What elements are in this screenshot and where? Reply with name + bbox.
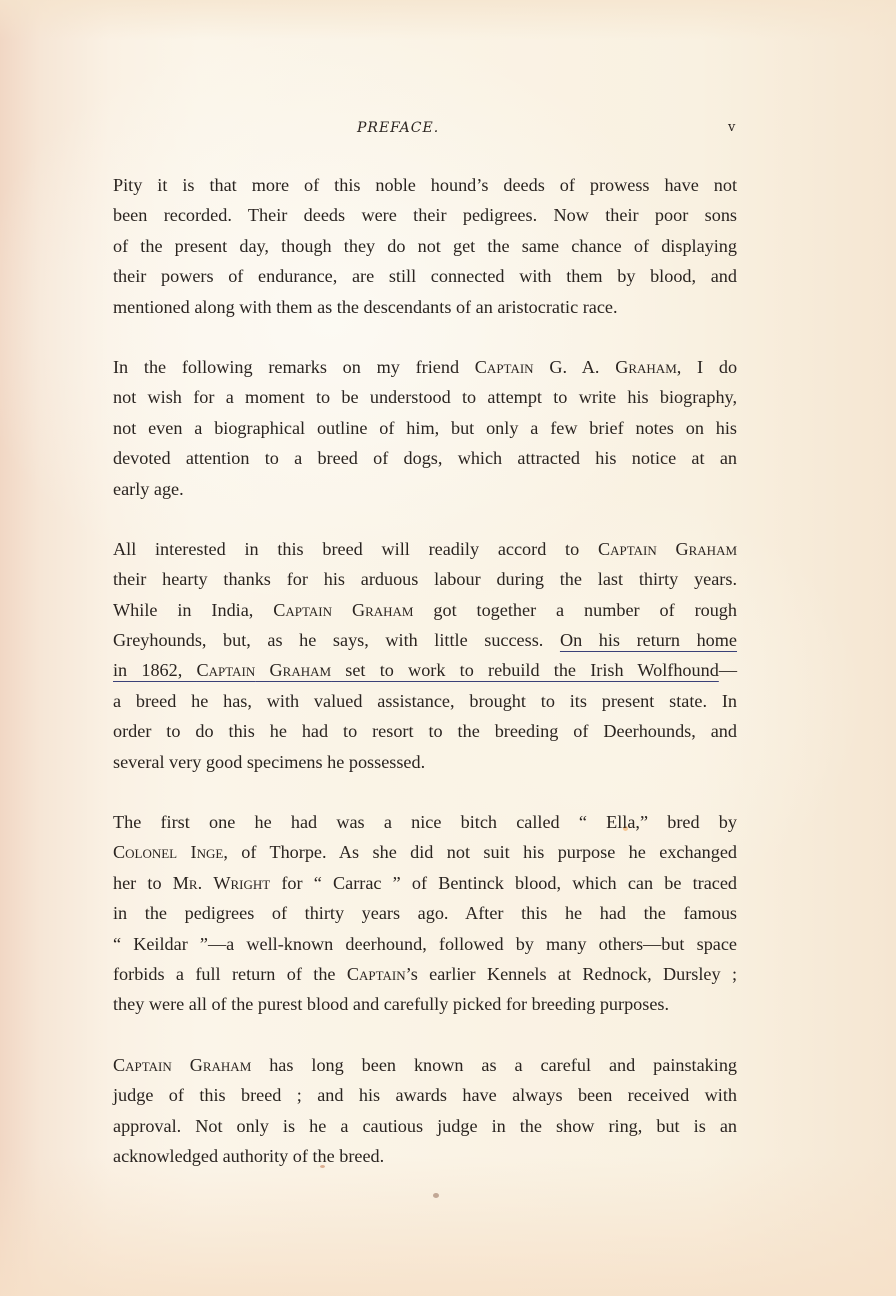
- text-line: approval. Not only is he a cautious judg…: [73, 1111, 737, 1141]
- text-line: a breed he has, with valued assistance, …: [73, 686, 737, 716]
- running-title: PREFACE.: [357, 120, 439, 136]
- page-header: PREFACE. v: [0, 120, 896, 142]
- text-line: devoted attention to a breed of dogs, wh…: [73, 443, 737, 473]
- text-line: judge of this breed ; and his awards hav…: [73, 1080, 737, 1110]
- text-line: in the pedigrees of thirty years ago. Af…: [73, 898, 737, 928]
- text-line: her to Mr. Wright for “ Carrac ” of Bent…: [73, 868, 737, 898]
- paragraph-4: The first one he had was a nice bitch ca…: [73, 807, 737, 1020]
- text-line: been recorded. Their deeds were their pe…: [73, 200, 737, 230]
- underlined-passage: in 1862, Captain Graham set to work to r…: [113, 660, 719, 680]
- text-line: While in India, Captain Graham got toget…: [73, 595, 737, 625]
- text-line: Colonel Inge, of Thorpe. As she did not …: [73, 837, 737, 867]
- text-line: their hearty thanks for his arduous labo…: [73, 564, 737, 594]
- text-line: The first one he had was a nice bitch ca…: [73, 807, 737, 837]
- paragraph-2: In the following remarks on my friend Ca…: [73, 352, 737, 504]
- text-line: of the present day, though they do not g…: [73, 231, 737, 261]
- text-line: In the following remarks on my friend Ca…: [73, 352, 737, 382]
- text-line: Pity it is that more of this noble hound…: [73, 170, 737, 200]
- paragraph-5: Captain Graham has long been known as a …: [73, 1050, 737, 1172]
- text-line: acknowledged authority of the breed.: [73, 1141, 737, 1171]
- text-line: not even a biographical outline of him, …: [73, 413, 737, 443]
- scanned-page: PREFACE. v Pity it is that more of this …: [0, 0, 896, 1296]
- text-line: their powers of endurance, are still con…: [73, 261, 737, 291]
- page-number: v: [728, 120, 735, 135]
- text-line: forbids a full return of the Captain’s e…: [73, 959, 737, 989]
- underlined-passage: On his return home: [560, 630, 737, 650]
- text-line: Captain Graham has long been known as a …: [73, 1050, 737, 1080]
- text-line: All interested in this breed will readil…: [73, 534, 737, 564]
- text-line: in 1862, Captain Graham set to work to r…: [73, 655, 737, 685]
- text-line: Greyhounds, but, as he says, with little…: [73, 625, 737, 655]
- text-line: order to do this he had to resort to the…: [73, 716, 737, 746]
- paragraph-1: Pity it is that more of this noble hound…: [73, 170, 737, 322]
- text-line: “ Keildar ”—a well-known deerhound, foll…: [73, 929, 737, 959]
- paragraph-3: All interested in this breed will readil…: [73, 534, 737, 777]
- text-line: not wish for a moment to be understood t…: [73, 382, 737, 412]
- text-line: several very good specimens he possessed…: [73, 747, 737, 777]
- body-text: Pity it is that more of this noble hound…: [73, 170, 737, 1201]
- text-line: early age.: [73, 474, 737, 504]
- text-line: mentioned along with them as the descend…: [73, 292, 737, 322]
- text-line: they were all of the purest blood and ca…: [73, 989, 737, 1019]
